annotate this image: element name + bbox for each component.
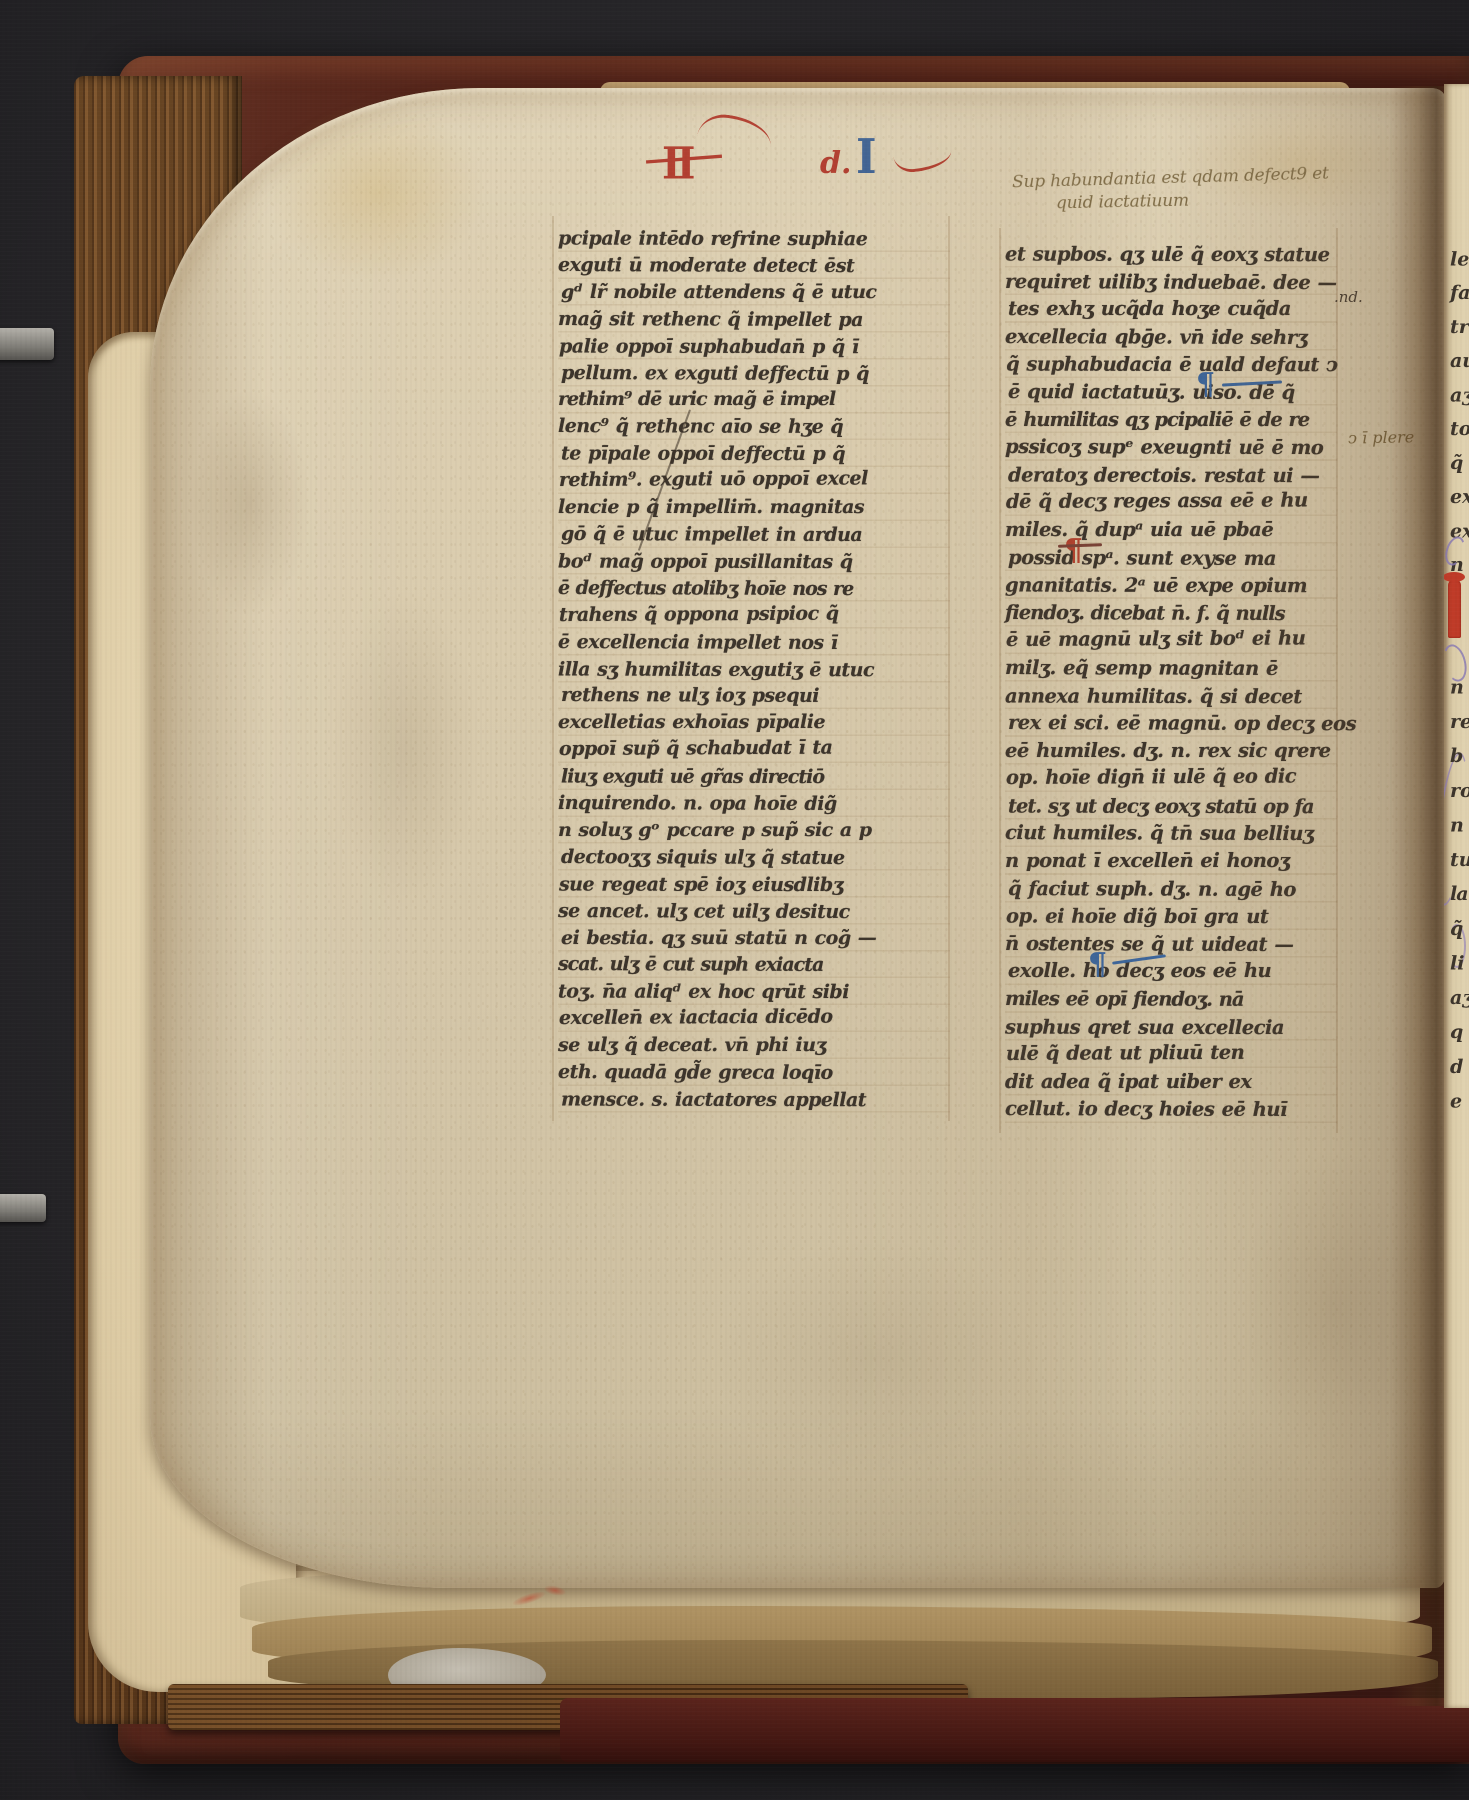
manuscript-text-line: op. hoīe dign̄ ii ulē q̃ eo dic xyxy=(1006,763,1337,792)
manuscript-text-line: excellen̄ ex iactacia dicēdo xyxy=(559,1003,950,1032)
red-decorated-initial xyxy=(1448,580,1461,638)
manuscript-text-line: rethim⁹ dē uric mag̃ ē impel xyxy=(558,386,950,413)
manuscript-text-line: requiret uilibʒ induebaē. dee — xyxy=(1005,268,1337,297)
manuscript-text-line: tes exhʒ ucq̃da hoʒe cuq̃da xyxy=(1008,295,1337,323)
facing-text-fragment: tu xyxy=(1450,843,1469,878)
manuscript-text-line: eth. quadā gd̃e greca loqīo xyxy=(558,1059,950,1087)
manuscript-text-line: q̃ suphabudacia ē uald defaut ↄ xyxy=(1006,351,1337,379)
facing-text-fragment: le xyxy=(1450,243,1469,277)
stain xyxy=(710,1238,1040,1478)
facing-text-fragment: ro xyxy=(1450,774,1469,809)
manuscript-text-line: exguti ū moderate detect ēst xyxy=(558,252,950,280)
manuscript-text-line: lenc⁹ q̃ rethenc aīo se hʒe q̃ xyxy=(558,413,950,441)
stain xyxy=(190,388,310,618)
facing-text-fragment: li xyxy=(1450,947,1469,982)
manuscript-text-line: exolle. ho decʒ eos eē hu xyxy=(1008,957,1337,985)
manuscript-text-line: ē excellencia impellet nos ī xyxy=(558,629,950,657)
facing-page-text-fragments: nrebrontulaq̃liaʒqde xyxy=(1450,670,1469,1119)
manuscript-text-line: se ulʒ q̃ deceat. vn̄ phi iuʒ xyxy=(558,1032,950,1059)
manuscript-text-line: trahens q̃ oppona psipioc q̃ xyxy=(559,600,950,629)
manuscript-text-line: ē uē magnū ulʒ sit boᵈ ei hu xyxy=(1006,625,1337,654)
paraph-glyph: ¶ xyxy=(1064,533,1083,568)
marginal-annotation-line1: Sup habundantia est qdam defect9 et xyxy=(1012,164,1329,193)
stain xyxy=(1180,108,1420,218)
stain xyxy=(330,588,480,908)
manuscript-text-line: cellut. io decʒ hoies eē huī xyxy=(1005,1095,1337,1124)
facing-text-fragment: q̃ xyxy=(1450,912,1469,947)
manuscript-text-line: pcipale intēdo refrine suphiae xyxy=(558,226,950,254)
facing-text-fragment: re xyxy=(1450,705,1469,740)
red-numeral-ii: II xyxy=(662,138,691,190)
manuscript-text-line: n ponat ī excellen̄ ei honoʒ xyxy=(1005,847,1337,875)
manuscript-text-line: rex ei sci. eē magnū. op decʒ eos xyxy=(1008,709,1337,738)
manuscript-text-line: gō q̃ ē utuc impellet in ardua xyxy=(561,521,950,549)
manuscript-text-line: ē humilitas qʒ pcipaliē ē de re xyxy=(1005,406,1337,434)
manuscript-text-line: dē q̃ decʒ reges assa eē e hu xyxy=(1006,487,1337,516)
manuscript-text-line: se ancet. ulʒ cet uilʒ desituc xyxy=(558,898,950,926)
manuscript-text-line: mag̃ sit rethenc q̃ impellet pa xyxy=(558,306,950,334)
manuscript-text-line: mensce. s. iactatores appellat xyxy=(561,1087,950,1115)
manuscript-text-line: illa sʒ humilitas exgutiʒ ē utuc xyxy=(558,656,950,684)
paraph-glyph: ¶ xyxy=(1196,367,1215,402)
manuscript-text-line: boᵈ mag̃ oppoī pusillanitas q̃ xyxy=(558,548,950,576)
red-mark-d: d. xyxy=(820,146,851,181)
manuscript-text-line: q̃ faciut suph. dʒ. n. agē ho xyxy=(1008,875,1337,904)
manuscript-text-line: pellum. ex exguti deffectū p q̃ xyxy=(561,360,950,388)
manuscript-text-line: lencie p q̃ impellim̄. magnitas xyxy=(558,494,950,521)
facing-text-fragment: fa xyxy=(1450,276,1469,310)
manuscript-text-line: n̄ ostentes se q̃ ut uideat — xyxy=(1005,930,1337,959)
facing-text-fragment: aʒ xyxy=(1450,379,1469,413)
manuscript-text-line: ulē q̃ deat ut pliuū ten xyxy=(1006,1038,1337,1067)
manuscript-text-line: scat. ulʒ ē cut suph exiacta xyxy=(558,951,950,979)
manuscript-text-line: annexa humilitas. q̃ si decet xyxy=(1005,682,1337,710)
manuscript-text-line: gᵈ lr̃ nobile attendens q̃ ē utuc xyxy=(561,279,950,306)
cradle-clip-bottom xyxy=(0,1194,46,1222)
blue-paraph-mark: ¶ xyxy=(1088,950,1107,980)
marginal-annotation-line2: quid iactatiuum xyxy=(1056,191,1189,214)
manuscript-text-line: miles eē opī fiendoʒ. nā xyxy=(1005,985,1337,1014)
manuscript-page: II d. I Sup habundantia est qdam defect9… xyxy=(150,88,1445,1588)
manuscript-text-line: tet. sʒ ut decʒ eoxʒ statū op fa xyxy=(1008,792,1337,820)
manuscript-text-line: dectooʒʒ siquis ulʒ q̃ statue xyxy=(561,844,950,872)
manuscript-text-line: possid spᵃ. sunt exyse ma xyxy=(1008,544,1337,573)
red-paraph-mark: ¶ xyxy=(1064,536,1083,566)
facing-text-fragment: n xyxy=(1450,671,1469,706)
manuscript-text-line: excellecia qbḡe. vn̄ ide sehrʒ xyxy=(1005,323,1337,352)
manuscript-text-line: rethens ne ulʒ ioʒ psequi xyxy=(561,682,950,710)
manuscript-text-line: miles. q̃ dupᵃ uia uē pbaē xyxy=(1005,516,1337,544)
facing-page-text-fragments: lefatrauaʒtoq̃exexn xyxy=(1450,242,1469,582)
facing-text-fragment: ex xyxy=(1450,480,1469,514)
manuscript-text-line: rethim⁹. exguti uō oppoī excel xyxy=(559,465,950,494)
manuscript-text-line: ē deffectus atolibʒ hoīe nos re xyxy=(558,575,950,603)
manuscript-text-line: milʒ. eq̃ semp magnitan ē xyxy=(1005,654,1337,683)
manuscript-text-line: fiendoʒ. dicebat n̄. f. q̃ nulls xyxy=(1005,599,1337,628)
manuscript-text-line: n soluʒ gᵒ pccare p sup̃ sic a p xyxy=(558,817,950,844)
leather-bottom-edge xyxy=(560,1698,1469,1762)
manuscript-text-line: deratoʒ derectois. restat ui — xyxy=(1008,461,1337,489)
facing-text-fragment: tr xyxy=(1450,310,1469,344)
facing-text-fragment: q̃ xyxy=(1450,446,1469,480)
manuscript-text-line: inquirendo. n. opa hoīe dig̃ xyxy=(558,790,950,818)
ruling-line xyxy=(552,216,554,1121)
red-flourish xyxy=(696,111,774,154)
blue-paraph-mark: ¶ xyxy=(1196,370,1215,400)
facing-text-fragment: la xyxy=(1450,877,1469,912)
paraph-glyph: ¶ xyxy=(1088,947,1107,982)
facing-text-fragment: aʒ xyxy=(1450,980,1469,1015)
text-column-right: et supbos. qʒ ulē q̃ eoxʒ statuerequiret… xyxy=(1005,240,1337,1123)
manuscript-text-line: excelletias exhoīas pīpalie xyxy=(558,709,950,736)
facing-text-fragment: q xyxy=(1450,1015,1469,1050)
manuscript-text-line: palie oppoī suphabudan̄ p q̃ ī xyxy=(559,333,950,361)
facing-page-edge: lefatrauaʒtoq̃exexn nrebrontulaq̃liaʒqde xyxy=(1444,84,1469,1708)
manuscript-text-line: eē humiles. dʒ. n. rex sic qrere xyxy=(1005,737,1337,765)
manuscript-photo: II d. I Sup habundantia est qdam defect9… xyxy=(0,0,1469,1800)
margin-note-nd: .nd. xyxy=(1334,288,1363,306)
manuscript-text-line: op. ei hoīe dig̃ boī gra ut xyxy=(1006,903,1337,931)
manuscript-text-line: oppoī sup̃ q̃ schabudat ī ta xyxy=(559,734,950,763)
gutter-shadow xyxy=(1390,86,1450,1706)
manuscript-text-line: et supbos. qʒ ulē q̃ eoxʒ statue xyxy=(1005,241,1337,269)
facing-text-fragment: to xyxy=(1450,412,1469,446)
manuscript-text-line: ciut humiles. q̃ tn̄ sua belliuʒ xyxy=(1005,819,1337,848)
manuscript-text-line: liuʒ exguti uē gr̃as directiō xyxy=(561,764,950,792)
manuscript-text-line: dit adea q̃ ipat uiber ex xyxy=(1005,1068,1337,1096)
blue-numeral-i: I xyxy=(856,130,877,185)
manuscript-text-line: gnanitatis. 2ᵃ uē expe opium xyxy=(1005,572,1337,600)
ruling-line xyxy=(999,228,1001,1133)
facing-text-fragment: e xyxy=(1450,1085,1469,1120)
red-flourish xyxy=(893,147,953,174)
cradle-clip-top xyxy=(0,328,54,360)
manuscript-text-line: suphus qret sua excellecia xyxy=(1005,1013,1337,1041)
facing-text-fragment: d xyxy=(1450,1050,1469,1085)
manuscript-text-line: sue regeat spē ioʒ eiusdlibʒ xyxy=(559,871,950,899)
facing-text-fragment: n xyxy=(1450,809,1469,844)
facing-text-fragment: b xyxy=(1450,739,1469,774)
text-column-left: pcipale intēdo refrine suphiaeexguti ū m… xyxy=(558,225,950,1113)
manuscript-text-line: ē quid iactatuūʒ. uiso. dē q̃ xyxy=(1008,378,1337,407)
manuscript-text-line: pssicoʒ supᵉ exeugnti uē ē mo xyxy=(1005,433,1337,462)
manuscript-text-line: ei bestia. qʒ suū statū n cog̃ — xyxy=(561,925,950,952)
facing-text-fragment: au xyxy=(1450,344,1469,378)
